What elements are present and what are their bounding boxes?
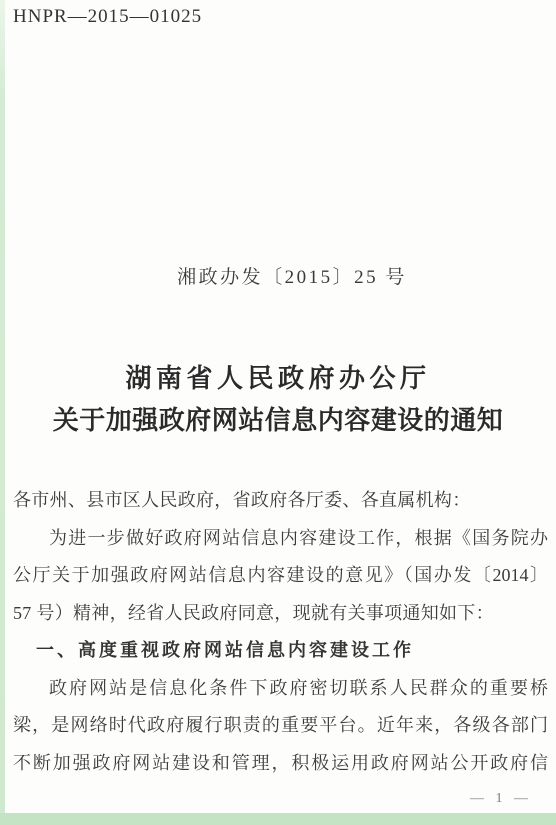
- page-number: — 1 —: [470, 791, 532, 807]
- paragraph1-line2: 公厅关于加强政府网站信息内容建设的意见》（国办发〔2014〕: [13, 557, 548, 595]
- document-issue-number: 湘政办发〔2015〕25 号: [14, 262, 556, 289]
- paragraph2-line1: 政府网站是信息化条件下政府密切联系人民群众的重要桥: [13, 670, 548, 708]
- document-body: 各市州、县市区人民政府，省政府各厅委、各直属机构： 为进一步做好政府网站信息内容…: [13, 482, 548, 782]
- scan-edge-bottom: [0, 813, 556, 825]
- document-reference-code: HNPR—2015—01025: [13, 6, 202, 28]
- document-title: 关于加强政府网站信息内容建设的通知: [0, 400, 556, 437]
- paragraph2-line2: 梁，是网络时代政府履行职责的重要平台。近年来，各级各部门: [13, 707, 548, 745]
- paragraph1-line1: 为进一步做好政府网站信息内容建设工作，根据《国务院办: [13, 520, 548, 558]
- scanned-document-page: HNPR—2015—01025 湘政办发〔2015〕25 号 湖南省人民政府办公…: [0, 0, 556, 825]
- section1-heading: 一、高度重视政府网站信息内容建设工作: [13, 632, 548, 670]
- salutation-line: 各市州、县市区人民政府，省政府各厅委、各直属机构：: [13, 482, 548, 520]
- paragraph1-line3: 57 号）精神，经省人民政府同意，现就有关事项通知如下：: [13, 595, 548, 633]
- issuing-authority-title: 湖南省人民政府办公厅: [0, 358, 556, 395]
- paragraph2-line3: 不断加强政府网站建设和管理，积极运用政府网站公开政府信: [13, 745, 548, 783]
